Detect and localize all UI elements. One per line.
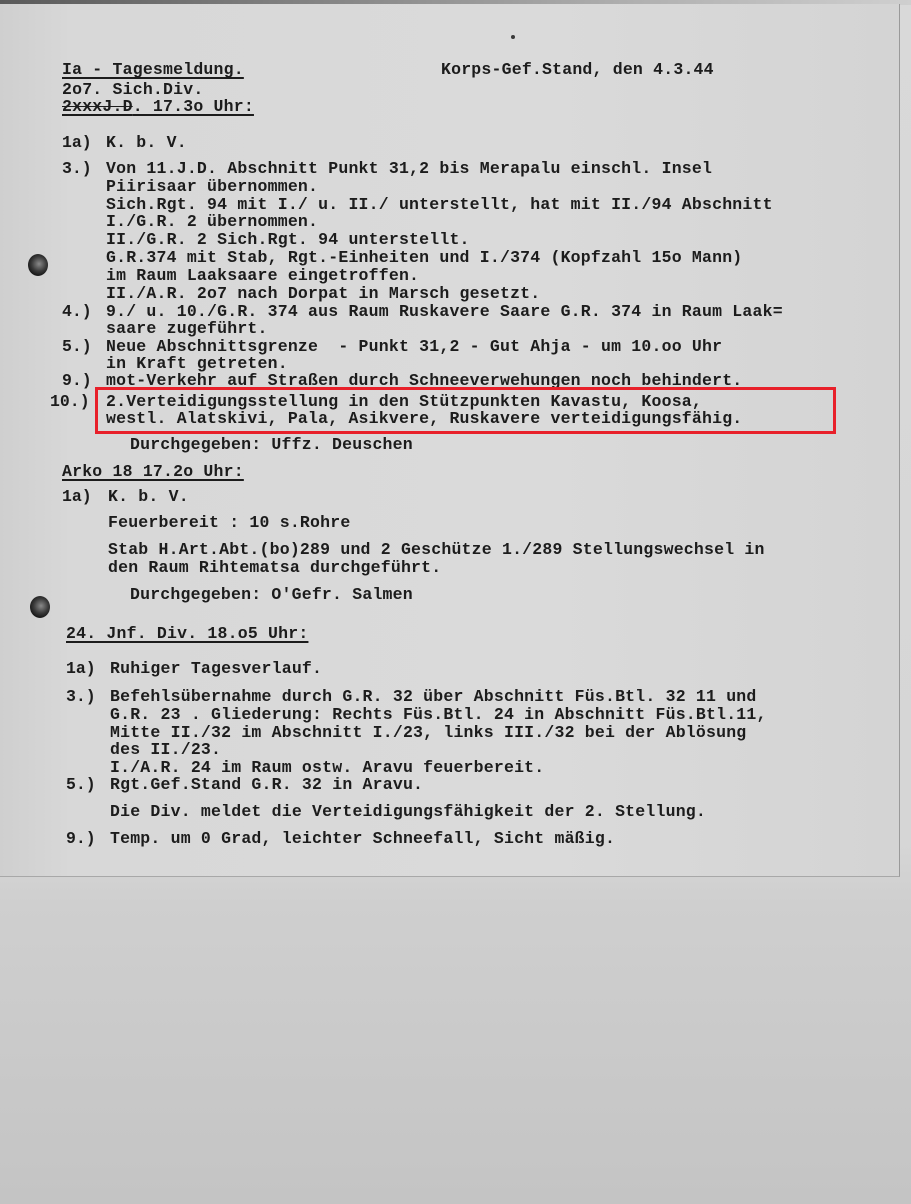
item-text: G.R. 23 . Gliederung: Rechts Füs.Btl. 24… — [110, 706, 767, 724]
item-number: 1a) — [62, 134, 92, 152]
location-date: Korps-Gef.Stand, den 4.3.44 — [441, 61, 714, 79]
speck — [511, 35, 515, 39]
item-text: Ruhiger Tagesverlauf. — [110, 660, 322, 678]
item-number: 3.) — [62, 160, 92, 178]
item-number: 1a) — [62, 488, 92, 506]
item-text: Die Div. meldet die Verteidigungsfähigke… — [110, 803, 706, 821]
item-text: K. b. V. — [108, 488, 189, 506]
item-number: 5.) — [62, 338, 92, 356]
item-number: 1a) — [66, 660, 96, 678]
section-heading: 2xxxJ.D. 17.3o Uhr: — [62, 98, 254, 116]
item-number: 4.) — [62, 303, 92, 321]
item-text: Von 11.J.D. Abschnitt Punkt 31,2 bis Mer… — [106, 160, 712, 178]
item-text: Piirisaar übernommen. — [106, 178, 318, 196]
item-number: 10.) — [50, 393, 90, 411]
item-text: saare zugeführt. — [106, 320, 268, 338]
item-number: 9.) — [62, 372, 92, 390]
item-text: den Raum Rihtematsa durchgeführt. — [108, 559, 441, 577]
relayed-by: Durchgegeben: O'Gefr. Salmen — [130, 586, 413, 604]
item-text: im Raum Laaksaare eingetroffen. — [106, 267, 419, 285]
section-heading: 24. Jnf. Div. 18.o5 Uhr: — [66, 625, 308, 643]
item-text: II./G.R. 2 Sich.Rgt. 94 unterstellt. — [106, 231, 470, 249]
section-heading: Arko 18 17.2o Uhr: — [62, 463, 244, 481]
item-number: 5.) — [66, 776, 96, 794]
struck-text: 2xxxJ.D — [62, 97, 133, 116]
item-text: K. b. V. — [106, 134, 187, 152]
highlight-annotation-box — [95, 387, 836, 434]
item-number: 9.) — [66, 830, 96, 848]
item-text: Stab H.Art.Abt.(bo)289 und 2 Geschütze 1… — [108, 541, 765, 559]
item-text: Temp. um 0 Grad, leichter Schneefall, Si… — [110, 830, 615, 848]
relayed-by: Durchgegeben: Uffz. Deuschen — [130, 436, 413, 454]
punch-hole-icon — [28, 254, 48, 276]
item-text: Befehlsübernahme durch G.R. 32 über Absc… — [110, 688, 757, 706]
item-text: des II./23. — [110, 741, 221, 759]
item-text: I./G.R. 2 übernommen. — [106, 213, 318, 231]
item-text: II./A.R. 2o7 nach Dorpat in Marsch geset… — [106, 285, 540, 303]
item-number: 3.) — [66, 688, 96, 706]
punch-hole-icon — [30, 596, 50, 618]
item-text: Rgt.Gef.Stand G.R. 32 in Aravu. — [110, 776, 423, 794]
item-text: G.R.374 mit Stab, Rgt.-Einheiten und I./… — [106, 249, 742, 267]
page-background: Ia - Tagesmeldung. Korps-Gef.Stand, den … — [0, 0, 911, 1204]
section-time: . 17.3o Uhr: — [133, 97, 254, 116]
document-title: Ia - Tagesmeldung. — [62, 61, 244, 79]
item-text: Feuerbereit : 10 s.Rohre — [108, 514, 350, 532]
